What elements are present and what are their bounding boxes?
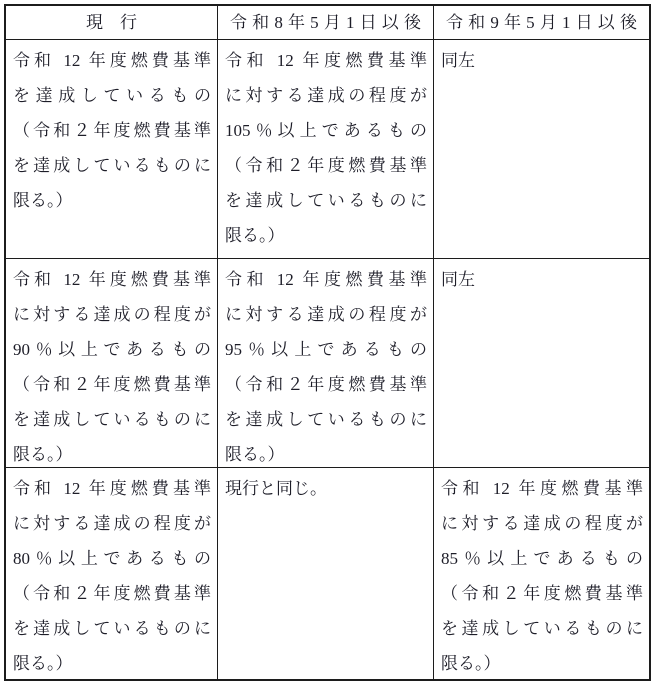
cell-line: 85％以上であるもの: [441, 541, 643, 576]
cell-line: を達成しているものに: [13, 611, 211, 646]
cell-line: 90％以上であるもの: [13, 332, 211, 367]
cell-line: （令和２年度燃費基準: [441, 576, 643, 611]
table-cell-row2-reiwa8: 令和 12 年度燃費基準に対する達成の程度が95％以上であるもの（令和２年度燃費…: [218, 259, 434, 468]
cell-line: 限る。）: [225, 437, 427, 468]
table-cell-row3-reiwa9: 令和 12 年度燃費基準に対する達成の程度が85％以上であるもの（令和２年度燃費…: [434, 468, 649, 679]
fuel-standard-comparison-table: 現 行 令和8年5月1日以後 令和9年5月1日以後 令和 12 年度燃費基準を達…: [4, 4, 651, 681]
cell-line: （令和２年度燃費基準: [225, 148, 427, 183]
table-cell-row1-reiwa9: 同左: [434, 40, 649, 259]
table-cell-row1-reiwa8: 令和 12 年度燃費基準に対する達成の程度が105％以上であるもの（令和２年度燃…: [218, 40, 434, 259]
header-label-reiwa8: 令和8年5月1日以後: [230, 7, 421, 39]
cell-line: （令和２年度燃費基準: [13, 113, 211, 148]
cell-line: 令和 12 年度燃費基準: [441, 471, 643, 506]
cell-line: 限る。）: [441, 646, 643, 679]
cell-line: （令和２年度燃費基準: [13, 576, 211, 611]
cell-line: 令和 12 年度燃費基準: [225, 262, 427, 297]
cell-line: に対する達成の程度が: [225, 78, 427, 113]
header-cell-reiwa9: 令和9年5月1日以後: [434, 6, 649, 40]
cell-line: 令和 12 年度燃費基準: [13, 262, 211, 297]
header-label-reiwa9: 令和9年5月1日以後: [446, 7, 637, 39]
table-cell-row1-current: 令和 12 年度燃費基準を達成しているもの（令和２年度燃費基準を達成しているもの…: [6, 40, 218, 259]
cell-line: 限る。）: [225, 218, 427, 253]
cell-line: を達成しているものに: [225, 183, 427, 218]
cell-line: 令和 12 年度燃費基準: [225, 43, 427, 78]
cell-line: （令和２年度燃費基準: [13, 367, 211, 402]
cell-line: 80％以上であるもの: [13, 541, 211, 576]
cell-line: に対する達成の程度が: [13, 297, 211, 332]
cell-line: 限る。）: [13, 183, 211, 218]
cell-line: 105％以上であるもの: [225, 113, 427, 148]
cell-line: に対する達成の程度が: [441, 506, 643, 541]
table-cell-row3-current: 令和 12 年度燃費基準に対する達成の程度が80％以上であるもの（令和２年度燃費…: [6, 468, 218, 679]
cell-line: に対する達成の程度が: [225, 297, 427, 332]
header-label-current: 現 行: [18, 7, 205, 39]
cell-line: を達成しているものに: [13, 402, 211, 437]
cell-line: 限る。）: [13, 646, 211, 679]
table-cell-row2-reiwa9: 同左: [434, 259, 649, 468]
cell-line: を達成しているものに: [13, 148, 211, 183]
cell-line: 同左: [441, 43, 643, 78]
cell-line: を達成しているものに: [225, 402, 427, 437]
table-cell-row2-current: 令和 12 年度燃費基準に対する達成の程度が90％以上であるもの（令和２年度燃費…: [6, 259, 218, 468]
cell-line: に対する達成の程度が: [13, 506, 211, 541]
document-page: 現 行 令和8年5月1日以後 令和9年5月1日以後 令和 12 年度燃費基準を達…: [0, 0, 655, 684]
cell-line: 95％以上であるもの: [225, 332, 427, 367]
cell-line: 令和 12 年度燃費基準: [13, 471, 211, 506]
cell-line: 限る。）: [13, 437, 211, 468]
cell-line: （令和２年度燃費基準: [225, 367, 427, 402]
cell-line: 令和 12 年度燃費基準: [13, 43, 211, 78]
table-cell-row3-reiwa8: 現行と同じ。: [218, 468, 434, 679]
cell-line: を達成しているものに: [441, 611, 643, 646]
cell-line: を達成しているもの: [13, 78, 211, 113]
header-cell-reiwa8: 令和8年5月1日以後: [218, 6, 434, 40]
cell-line: 現行と同じ。: [225, 471, 427, 506]
cell-line: 同左: [441, 262, 643, 297]
header-cell-current: 現 行: [6, 6, 218, 40]
